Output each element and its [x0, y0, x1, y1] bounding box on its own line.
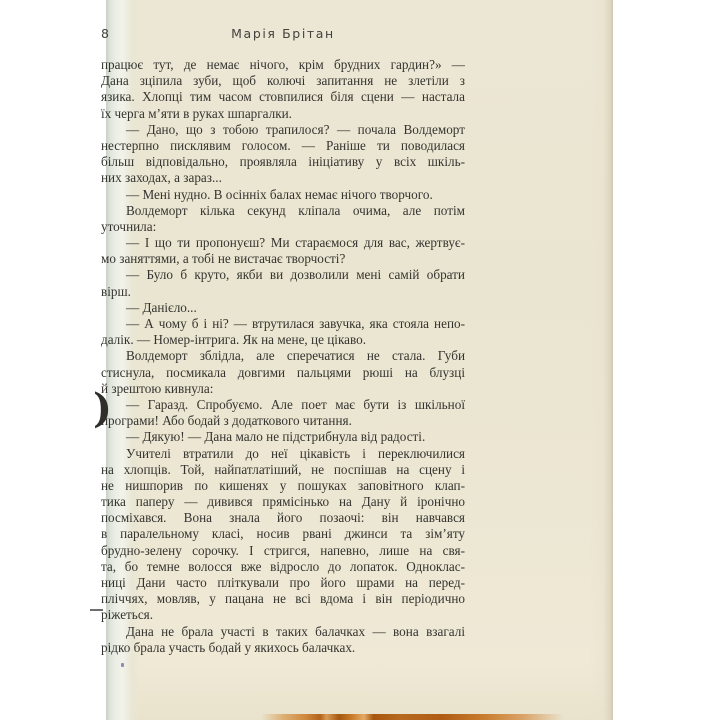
text-line: — І що ти пропонуєш? Ми стараємося для в…	[101, 235, 465, 251]
text-line: їх черга м’яти в руках шпаргалки.	[101, 106, 465, 122]
text-line: пліччях, мовляв, у пацана не всі вдома і…	[101, 591, 465, 607]
text-line: не нишпорив по кишенях у пошуках заповіт…	[101, 478, 465, 494]
page-number: 8	[101, 26, 109, 41]
paragraph: Волдеморт зблідла, але сперечатися не ст…	[101, 348, 465, 397]
text-line: мо заняттями, а тобі не вистачає творчос…	[101, 251, 465, 267]
text-line: далік. — Номер-інтрига. Як на мене, це ц…	[101, 332, 465, 348]
running-header: Марія Брітан	[101, 26, 465, 41]
text-line: тика паперу — дивився прямісінько на Дан…	[101, 494, 465, 510]
paragraph: — І що ти пропонуєш? Ми стараємося для в…	[101, 235, 465, 267]
text-line: посміхався. Вона знала його позаочі: він…	[101, 510, 465, 526]
text-line: Волдеморт зблідла, але сперечатися не ст…	[101, 348, 465, 364]
paragraph: працює тут, де немає нічого, крім брудни…	[101, 57, 465, 122]
book-photo: 8 Марія Брітан працює тут, де немає нічо…	[0, 0, 720, 720]
text-line: — Гаразд. Спробуємо. Але поет має бути і…	[101, 397, 465, 413]
text-line: — Мені нудно. В осінніх балах немає нічо…	[101, 187, 465, 203]
paragraph: Дана не брала участі в таких балачках — …	[101, 624, 465, 656]
text-line: — Данієло...	[101, 300, 465, 316]
text-line: Дана зціпила зуби, щоб колючі запитання …	[101, 73, 465, 89]
text-line: ріжеться.	[101, 607, 465, 623]
text-line: — Дано, що з тобою трапилося? — почала В…	[101, 122, 465, 138]
text-line: на хлопців. Той, найпатлатіший, не поспі…	[101, 462, 465, 478]
text-line: й зрештою кивнула:	[101, 381, 465, 397]
paragraph: — А чому б і ні? — втрутилася завучка, я…	[101, 316, 465, 348]
text-line: — А чому б і ні? — втрутилася завучка, я…	[101, 316, 465, 332]
text-line: нестерпно писклявим голосом. — Раніше ти…	[101, 138, 465, 154]
body-text: працює тут, де немає нічого, крім брудни…	[101, 57, 465, 656]
edge-dot-mark	[121, 663, 124, 667]
text-line: та, бо темне волосся вже відросло до лоп…	[101, 559, 465, 575]
text-line: — Дякую! — Дана мало не підстрибнула від…	[101, 429, 465, 445]
text-line: стиснула, посмикала довгими пальцями рюш…	[101, 365, 465, 381]
text-line: них заходах, а зараз...	[101, 170, 465, 186]
text-line: язика. Хлопці тим часом стовпилися біля …	[101, 89, 465, 105]
edge-paren-mark: )	[93, 389, 112, 429]
paragraph: Учителі втратили до неї цікавість і пере…	[101, 446, 465, 624]
text-line: вірш.	[101, 284, 465, 300]
paragraph: Волдеморт кілька секунд кліпала очима, а…	[101, 203, 465, 235]
paragraph: — Дано, що з тобою трапилося? — почала В…	[101, 122, 465, 187]
paragraph: — Дякую! — Дана мало не підстрибнула від…	[101, 429, 465, 445]
text-line: програми! Або бодай з додаткового читанн…	[101, 413, 465, 429]
paragraph: — Було б круто, якби ви дозволили мені с…	[101, 267, 465, 299]
text-line: Дана не брала участі в таких балачках — …	[101, 624, 465, 640]
orange-cover-strip	[261, 714, 573, 720]
text-line: рідко брала участь бодай у якихось балач…	[101, 640, 465, 656]
paragraph: — Данієло...	[101, 300, 465, 316]
text-line: ниці Дани часто пліткували про його шрам…	[101, 575, 465, 591]
paragraph: — Мені нудно. В осінніх балах немає нічо…	[101, 187, 465, 203]
text-line: більш відповідально, проявляла ініціатив…	[101, 154, 465, 170]
text-line: — Було б круто, якби ви дозволили мені с…	[101, 267, 465, 283]
text-line: в паралельному класі, носив рвані джинси…	[101, 526, 465, 542]
text-line: Учителі втратили до неї цікавість і пере…	[101, 446, 465, 462]
text-line: Волдеморт кілька секунд кліпала очима, а…	[101, 203, 465, 219]
page-right-edge	[589, 0, 613, 720]
text-line: брудно-зелену сорочку. І стригся, напевн…	[101, 543, 465, 559]
text-line: працює тут, де немає нічого, крім брудни…	[101, 57, 465, 73]
text-line: уточнила:	[101, 219, 465, 235]
page-header: 8 Марія Брітан	[101, 26, 465, 44]
paragraph: — Гаразд. Спробуємо. Але поет має бути і…	[101, 397, 465, 429]
edge-dash-mark	[90, 609, 103, 611]
